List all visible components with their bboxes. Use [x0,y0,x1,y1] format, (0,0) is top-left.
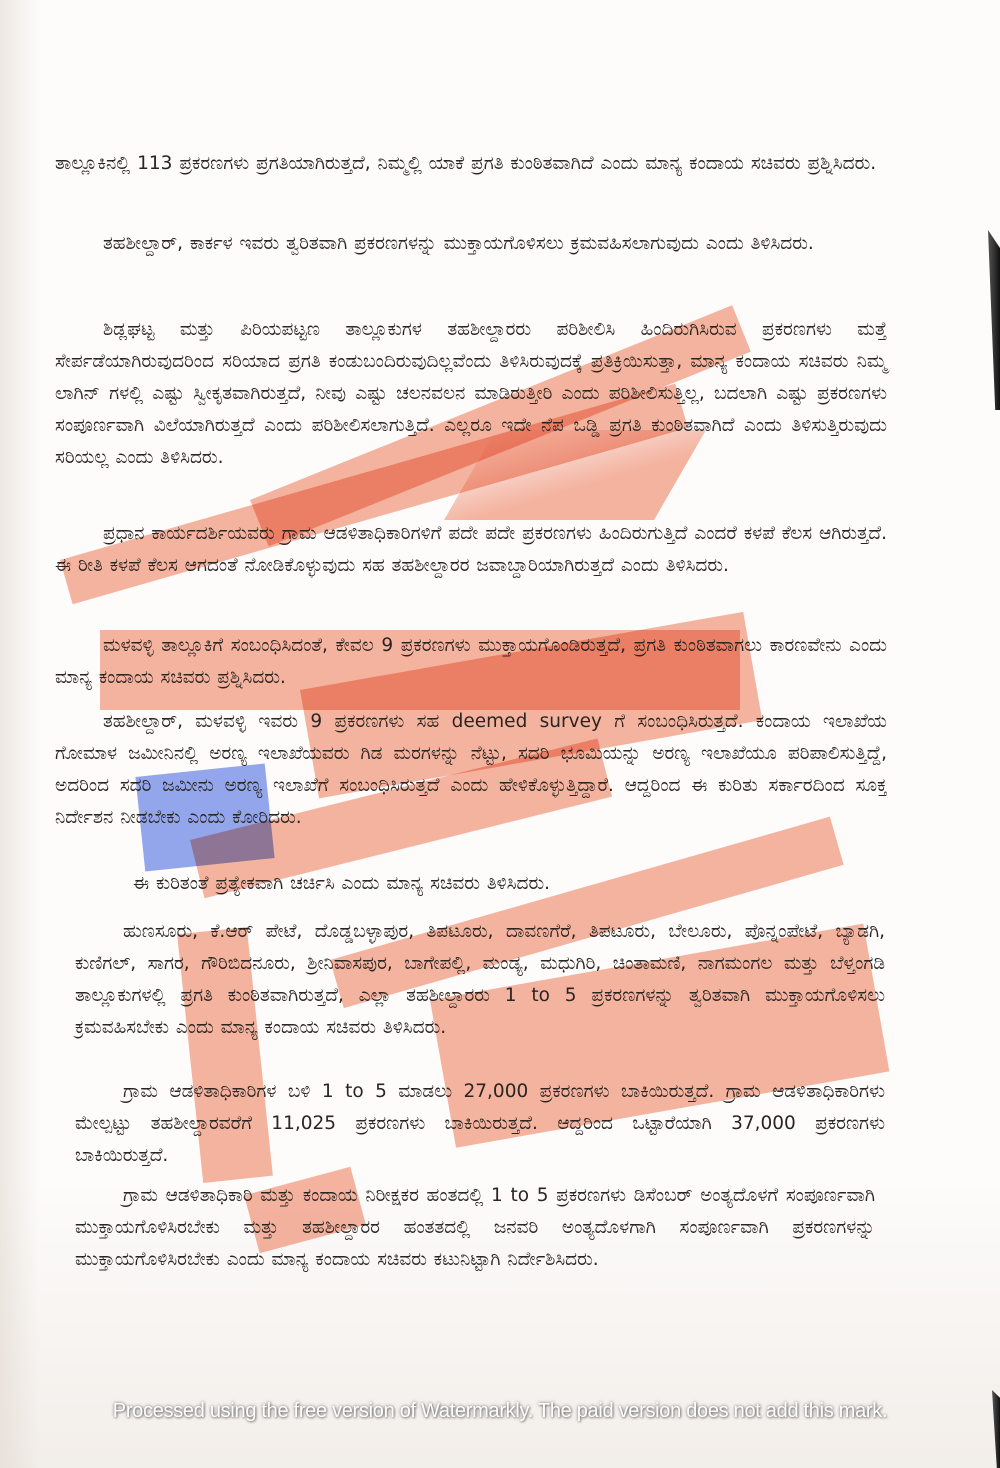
page-edge-shadow [988,230,1000,410]
paragraph-7: ಈ ಕುರಿತಂತೆ ಪ್ರತ್ಯೇಕವಾಗಿ ಚರ್ಚಿಸಿ ಎಂದು ಮಾನ… [85,868,885,900]
paragraph-1: ತಾಲ್ಲೂಕಿನಲ್ಲಿ 113 ಪ್ರಕರಣಗಳು ಪ್ರಗತಿಯಾಗಿರು… [55,148,887,180]
paragraph-6: ತಹಶೀಲ್ದಾರ್, ಮಳವಳ್ಳಿ ಇವರು 9 ಪ್ರಕರಣಗಳು ಸಹ … [55,706,887,834]
paragraph-2: ತಹಶೀಲ್ದಾರ್, ಕಾರ್ಕಳ ಇವರು ತ್ವರಿತವಾಗಿ ಪ್ರಕರ… [55,228,887,260]
paragraph-3: ಶಿಡ್ಲಘಟ್ಟ ಮತ್ತು ಪಿರಿಯಪಟ್ಟಣ ತಾಲ್ಲೂಕುಗಳ ತಹ… [55,314,887,474]
paragraph-9: ಗ್ರಾಮ ಆಡಳಿತಾಧಿಕಾರಿಗಳ ಬಳಿ 1 to 5 ಮಾಡಲು 27… [75,1076,885,1172]
paragraph-5: ಮಳವಳ್ಳಿ ತಾಲ್ಲೂಕಿಗೆ ಸಂಬಂಧಿಸಿದಂತೆ, ಕೇವಲ 9 … [55,630,887,694]
paragraph-4: ಪ್ರಧಾನ ಕಾರ್ಯದರ್ಶಿಯವರು ಗ್ರಾಮ ಆಡಳಿತಾಧಿಕಾರಿ… [55,518,887,582]
watermark-text: Processed using the free version of Wate… [0,1400,1000,1423]
paragraph-8: ಹುಣಸೂರು, ಕೆ.ಆರ್ ಪೇಟೆ, ದೊಡ್ಡಬಳ್ಳಾಪುರ, ತಿಪ… [75,916,885,1044]
paragraph-10: ಗ್ರಾಮ ಆಡಳಿತಾಧಿಕಾರಿ ಮತ್ತು ಕಂದಾಯ ನಿರೀಕ್ಷಕರ… [75,1180,875,1276]
